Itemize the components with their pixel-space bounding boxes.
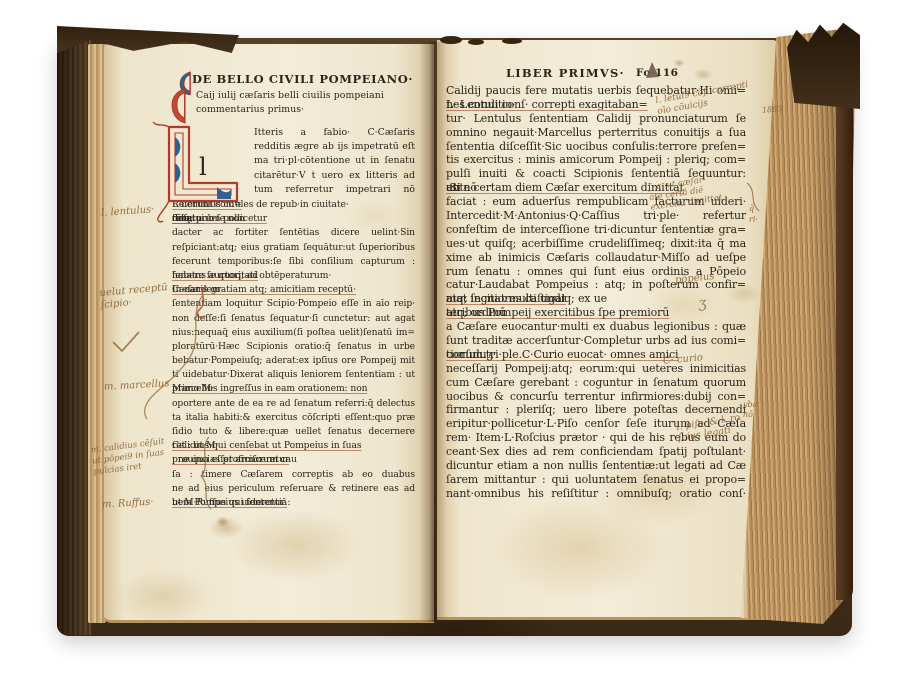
text-line: tur· Lentulus ſententiam Calidij pronunc… [446, 112, 746, 126]
text-line: confeſtim de interceſſione tri·dicuntur … [446, 223, 746, 237]
text-line: ret : ut·M· Calidius:qui cenſebat ut Pom… [172, 439, 415, 453]
text-segment: ·Si nō [446, 181, 477, 195]
text-line: omnino negauit·Marcellus perterritus con… [446, 126, 746, 140]
text-line: non deſſe:ſi ſenatus ſequatur·ſi cunctet… [172, 312, 415, 326]
text-line: bem Pompeius uideretur : ut·M·Ruffus qui… [172, 496, 415, 510]
text-line: dacter ac fortiter ſentētias dicere ueli… [172, 226, 415, 240]
text-line: ma tri·pl·cōtentione ut in ſenatu re= [254, 154, 415, 168]
text-line: ta italia habiti:& exercitus cōſcripti e… [172, 411, 415, 425]
text-line: ſa : timere Cæſarem correptis ab eo duab… [172, 468, 415, 482]
text-segment: conſuluʒ· [446, 348, 496, 362]
chapter-heading: DE BELLO CIVILI POMPEIANO· [172, 72, 415, 89]
text-line: ſidio tuto & libere:quæ uellet ſenatus d… [172, 425, 415, 439]
text-line: redditis ægre ab ijs impetratū eſt ſū= [254, 140, 415, 154]
text-line: ſul ſenatui reiq; pub·ſe non defuturum p… [172, 212, 415, 226]
text-line: yba [743, 400, 757, 410]
text-line: q̄ [749, 203, 758, 214]
text-line: teribus Pompeij exercitibus ſpe premiorū… [446, 306, 746, 320]
text-line: nius:nequaq̄ eius auxilium(ſi poſtea uel… [172, 326, 415, 340]
text-line: cum Cæſare gerebant : coguntur in ſenatu… [446, 376, 746, 390]
text-line: tum referretur impetrari nō potuit· [254, 183, 415, 197]
text-line: Cæſaris gratiam atq; amicitiam receptū· … [172, 283, 415, 297]
text-line: 1883 [762, 103, 783, 117]
left-text-column: DE BELLO CIVILI POMPEIANO· Caij iulij cæ… [172, 72, 415, 118]
worn-leather-bump [468, 39, 484, 45]
text-line: Intercedit·M·Antonius·Q·Caſſius tri·ple·… [446, 209, 746, 223]
marginal-jotting-number: 1883 [762, 103, 783, 117]
text-line: ceant·Sex dies ad rem conficiendam ſpati… [446, 445, 746, 459]
text-line: reſpiciant:atq; eius gratiam ſequātur:ut… [172, 241, 415, 255]
underlined-text: Marcellus ingreſſus in eam orationem: no… [172, 382, 367, 396]
text-line: ri· [749, 214, 758, 225]
text-line: ſententiam loquitur Scipio·Pompeio eſſe … [172, 297, 415, 311]
text-line: Referunt conſules de repub·in ciuitate· … [172, 198, 415, 212]
right-text-column: LIBER PRIMVS· Fo·116 [446, 66, 746, 84]
leather-corner-top-right [787, 21, 860, 109]
photo-background: DE BELLO CIVILI POMPEIANO· Caij iulij cæ… [0, 0, 900, 686]
text-line: commentarius primus· [172, 103, 415, 117]
chapter-subheading: Caij iulij cæſaris belli ciuilis pompeia… [172, 89, 415, 118]
text-line: ſarem mittantur : qui uoluntatem ſenatus… [446, 473, 746, 487]
folio-number: Fo·116 [636, 67, 678, 79]
initial-wrapped-text: Itteris a fabio· C·Cæſaris cōſulibusredd… [254, 126, 415, 197]
gutter-shadow [419, 42, 447, 622]
text-line: ne ad eius periculum reſeruare & retiner… [172, 482, 415, 496]
worn-leather-bump [440, 36, 462, 44]
text-line: primo·M·Marcellus ingreſſus in eam orati… [172, 382, 415, 396]
text-line: ſenatus auctoritati obtēperaturum·habere… [172, 269, 415, 283]
text-segment: : ne qua eſſet armorum cau [172, 453, 297, 467]
text-line: hō [743, 410, 757, 420]
text-line: dicuntur etiam a non nullis ſententiæ:ut… [446, 459, 746, 473]
marginal-jotting-small: ybahō [743, 400, 757, 420]
left-body-text: Referunt conſules de repub·in ciuitate· … [172, 198, 415, 510]
underlined-text: ut·M·Ruffus qui ſententiā [172, 496, 287, 510]
text-line: fecerunt temporibus:ſe ſibi conſilium ca… [172, 255, 415, 269]
text-line: ploratūrū·Hæc Scipionis oratio:q̄ ſenatu… [172, 340, 415, 354]
text-line: firmantur : pleriſq; uero libere poteſta… [446, 403, 746, 417]
text-line: uocibus & concurſu terrentur infirmiores… [446, 390, 746, 404]
underlined-text: L· Lentuli conſ· correpti exagitaban= [446, 98, 648, 112]
text-line: citarētur·V t uero ex litteris ad ſena= [254, 169, 415, 183]
worn-leather-bump [502, 38, 522, 44]
text-line: ues·ut quiſq; acerbiſſime crudeliſſimeq;… [446, 237, 746, 251]
book-cover-right-edge [836, 40, 853, 600]
underlined-text: habere ſe quoq; ad [172, 269, 258, 283]
text-line: a Cæſare euocantur·multi ex duabus legio… [446, 320, 746, 334]
text-line: bebatur·Pompeiuſq; aderat:ex ipſius ore … [172, 354, 415, 368]
text-segment: atq; incitat·multi undiq; ex ue [446, 292, 607, 306]
text-segment: :ſi au [172, 212, 195, 226]
text-line: ti uidebatur·Dixerat aliquis leniorem ſe… [172, 368, 415, 382]
text-line: tis exercitus : minis amicorum Pompeij :… [446, 153, 746, 167]
text-line: Caij iulij cæſaris belli ciuilis pompeia… [172, 89, 415, 103]
text-line: oportere ante de ea re ad ſenatum referr… [172, 397, 415, 411]
text-line: ſententia diſceſſit·Sic uocibus conſulis… [446, 140, 746, 154]
text-line: nant·omnibus his reſiſtitur : omnibuſq; … [446, 487, 746, 501]
marginal-jotting-q: q̄ri· [749, 203, 758, 225]
text-line: mat ſegniores caſtigat atq; incitat·mult… [446, 292, 746, 306]
underlined-text: L·Lentulus cō= [172, 198, 242, 212]
text-line: Itteris a fabio· C·Cæſaris cōſulibus [254, 126, 415, 140]
text-line: prouincias proficiſceretur : ne qua eſſe… [172, 453, 415, 467]
underlined-text: Calidius:qui cenſebat ut Pompeius in ſua… [172, 439, 361, 453]
running-header-row: LIBER PRIMVS· Fo·116 [446, 66, 746, 84]
book-spine-left [57, 33, 91, 635]
running-header: LIBER PRIMVS· [506, 66, 625, 80]
text-segment: In eandem [172, 283, 220, 297]
text-line: xime ab inimicis Cæſaris collaudatur·Miſ… [446, 251, 746, 265]
text-segment: atq; ordinū [446, 306, 506, 320]
text-line: ſunt traditæ accerſuntur·Completur urbs … [446, 334, 746, 348]
